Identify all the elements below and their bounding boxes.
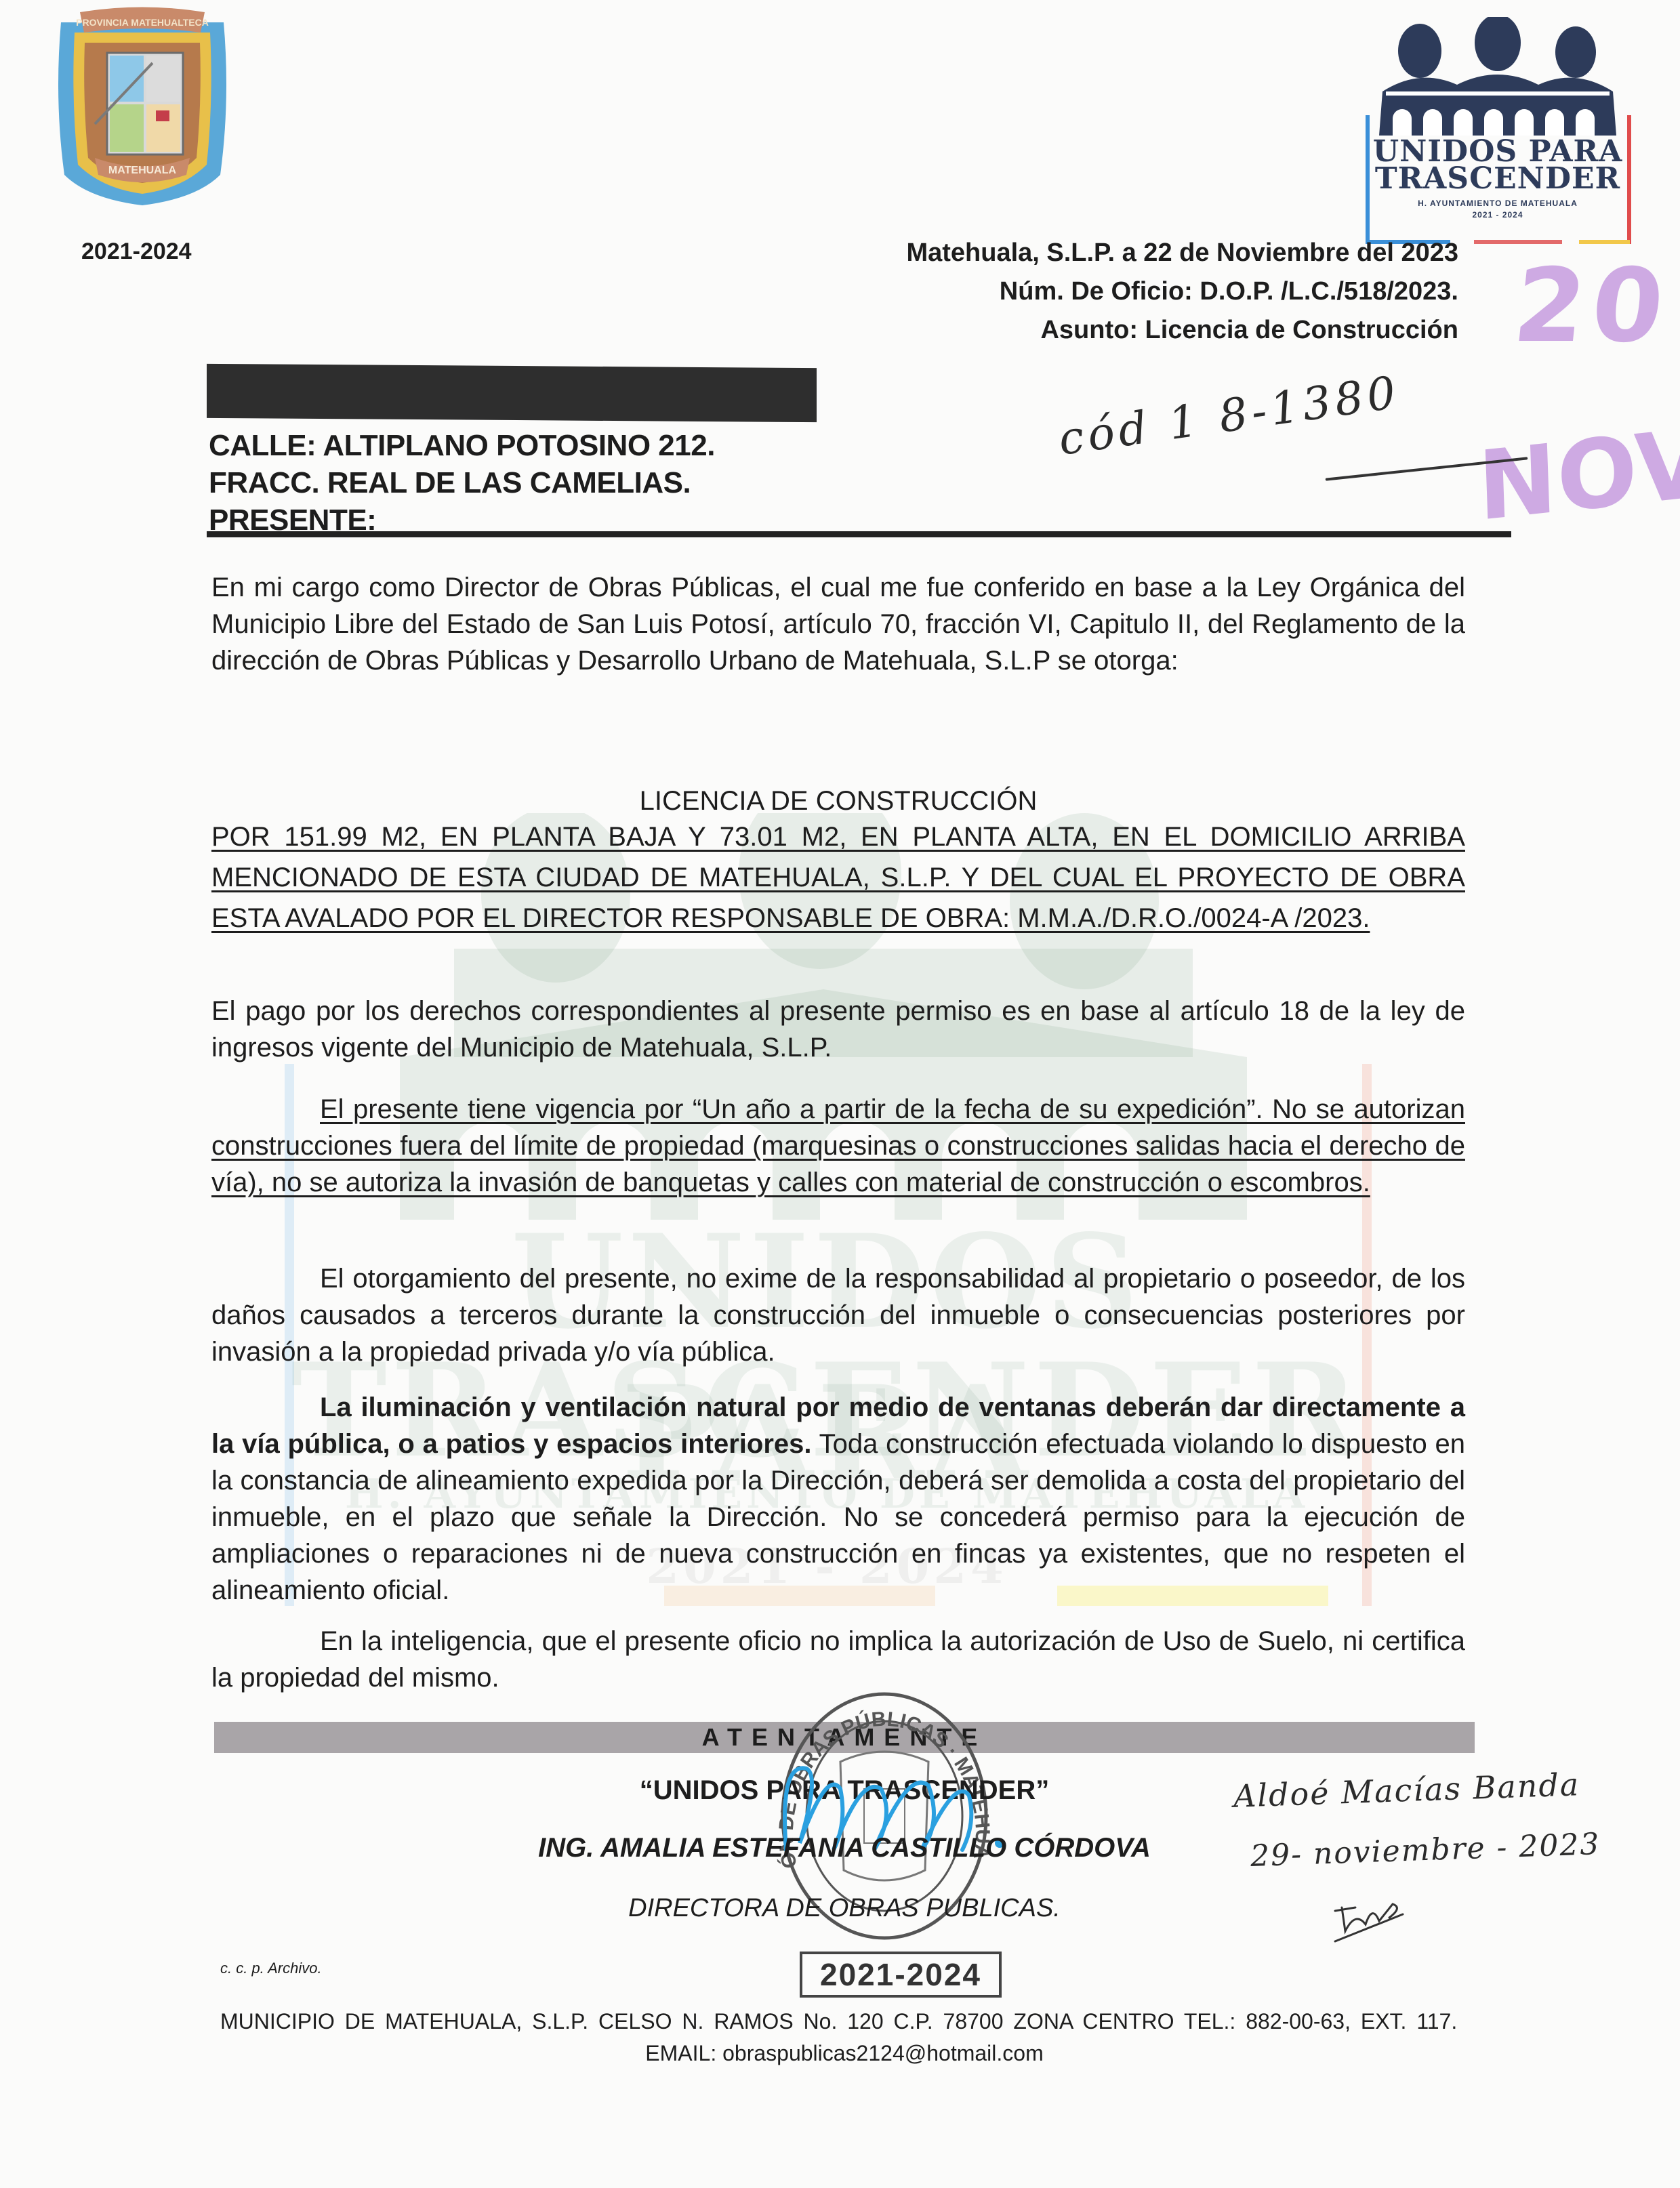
subject: Asunto: Licencia de Construcción xyxy=(906,311,1458,350)
license-details: POR 151.99 M2, EN PLANTA BAJA Y 73.01 M2… xyxy=(211,817,1465,938)
footer-email: EMAIL: obraspublicas2124@hotmail.com xyxy=(214,2041,1475,2066)
administration-years: 2021-2024 xyxy=(81,239,192,265)
crest-motto: PROVINCIA MATEHUALTECA xyxy=(76,17,209,28)
received-by-name: Aldoé Macías Banda xyxy=(1233,1766,1580,1815)
land-use-paragraph: En la inteligencia, que el presente ofic… xyxy=(211,1623,1465,1696)
recipient-address: CALLE: ALTIPLANO POTOSINO 212. FRACC. RE… xyxy=(209,427,715,539)
received-stamp-month: NOV xyxy=(1476,408,1680,543)
logo-years: 2021 - 2024 xyxy=(1362,210,1633,220)
handwritten-code: cód 1 8-1380 xyxy=(1055,366,1403,466)
payment-paragraph: El pago por los derechos correspondiente… xyxy=(211,993,1465,1066)
header-divider xyxy=(207,531,1511,537)
recipient-neighborhood: FRACC. REAL DE LAS CAMELIAS. xyxy=(209,464,715,501)
logo-title-line2: TRASCENDER xyxy=(1362,165,1633,193)
recipient-street: CALLE: ALTIPLANO POTOSINO 212. xyxy=(209,427,715,464)
lighting-paragraph: La iluminación y ventilación natural por… xyxy=(211,1389,1465,1609)
redacted-recipient-name xyxy=(207,364,817,422)
signer-title: DIRECTORA DE OBRAS PUBLICAS. xyxy=(214,1894,1475,1923)
carbon-copy: c. c. p. Archivo. xyxy=(220,1960,322,1977)
unidos-para-trascender-logo: UNIDOS PARA TRASCENDER H. AYUNTAMIENTO D… xyxy=(1362,17,1633,234)
intro-paragraph: En mi cargo como Director de Obras Públi… xyxy=(211,569,1465,679)
letter-header-info: Matehuala, S.L.P. a 22 de Noviembre del … xyxy=(906,234,1458,350)
crest-label: MATEHUALA xyxy=(108,165,177,176)
logo-subtitle: H. AYUNTAMIENTO DE MATEHUALA xyxy=(1362,199,1633,208)
liability-paragraph: El otorgamiento del presente, no exime d… xyxy=(211,1260,1465,1370)
license-title: LICENCIA DE CONSTRUCCIÓN xyxy=(211,786,1465,817)
footer-address: MUNICIPIO DE MATEHUALA, S.L.P. CELSO N. … xyxy=(220,2009,1457,2034)
office-number: Núm. De Oficio: D.O.P. /L.C./518/2023. xyxy=(906,272,1458,311)
received-by-initials-icon xyxy=(1328,1891,1410,1945)
seal-years: 2021-2024 xyxy=(800,1952,1002,1998)
validity-paragraph: El presente tiene vigencia por “Un año a… xyxy=(211,1091,1465,1201)
municipal-crest-icon: PROVINCIA MATEHUALTECA MATEHUALA xyxy=(47,5,237,209)
place-date: Matehuala, S.L.P. a 22 de Noviembre del … xyxy=(906,234,1458,272)
received-stamp-day: 20 xyxy=(1509,247,1676,365)
logo-portraits-icon xyxy=(1372,17,1623,136)
